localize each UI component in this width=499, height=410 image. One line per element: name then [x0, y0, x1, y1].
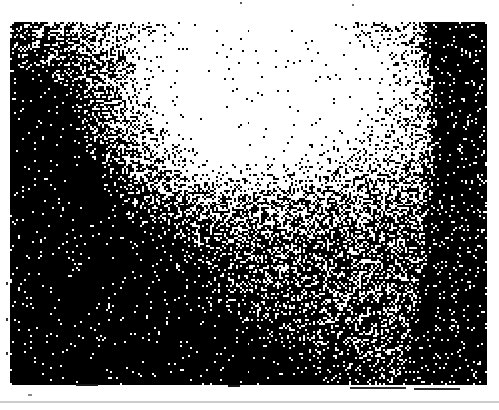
bottom-dots: [414, 388, 460, 390]
edge-tick: [6, 318, 8, 321]
edge-tick: [6, 352, 8, 355]
bottom-dash: [228, 385, 240, 387]
top-speck: [352, 4, 354, 6]
footer-rule-line: [0, 401, 499, 403]
edge-tick: [6, 282, 8, 285]
bottom-dots: [350, 387, 406, 389]
scanned-page: [0, 0, 499, 410]
top-speck: [240, 2, 242, 4]
ink-speck: [28, 394, 32, 396]
halftone-photo-canvas: [10, 22, 487, 385]
bottom-dash: [76, 384, 98, 386]
